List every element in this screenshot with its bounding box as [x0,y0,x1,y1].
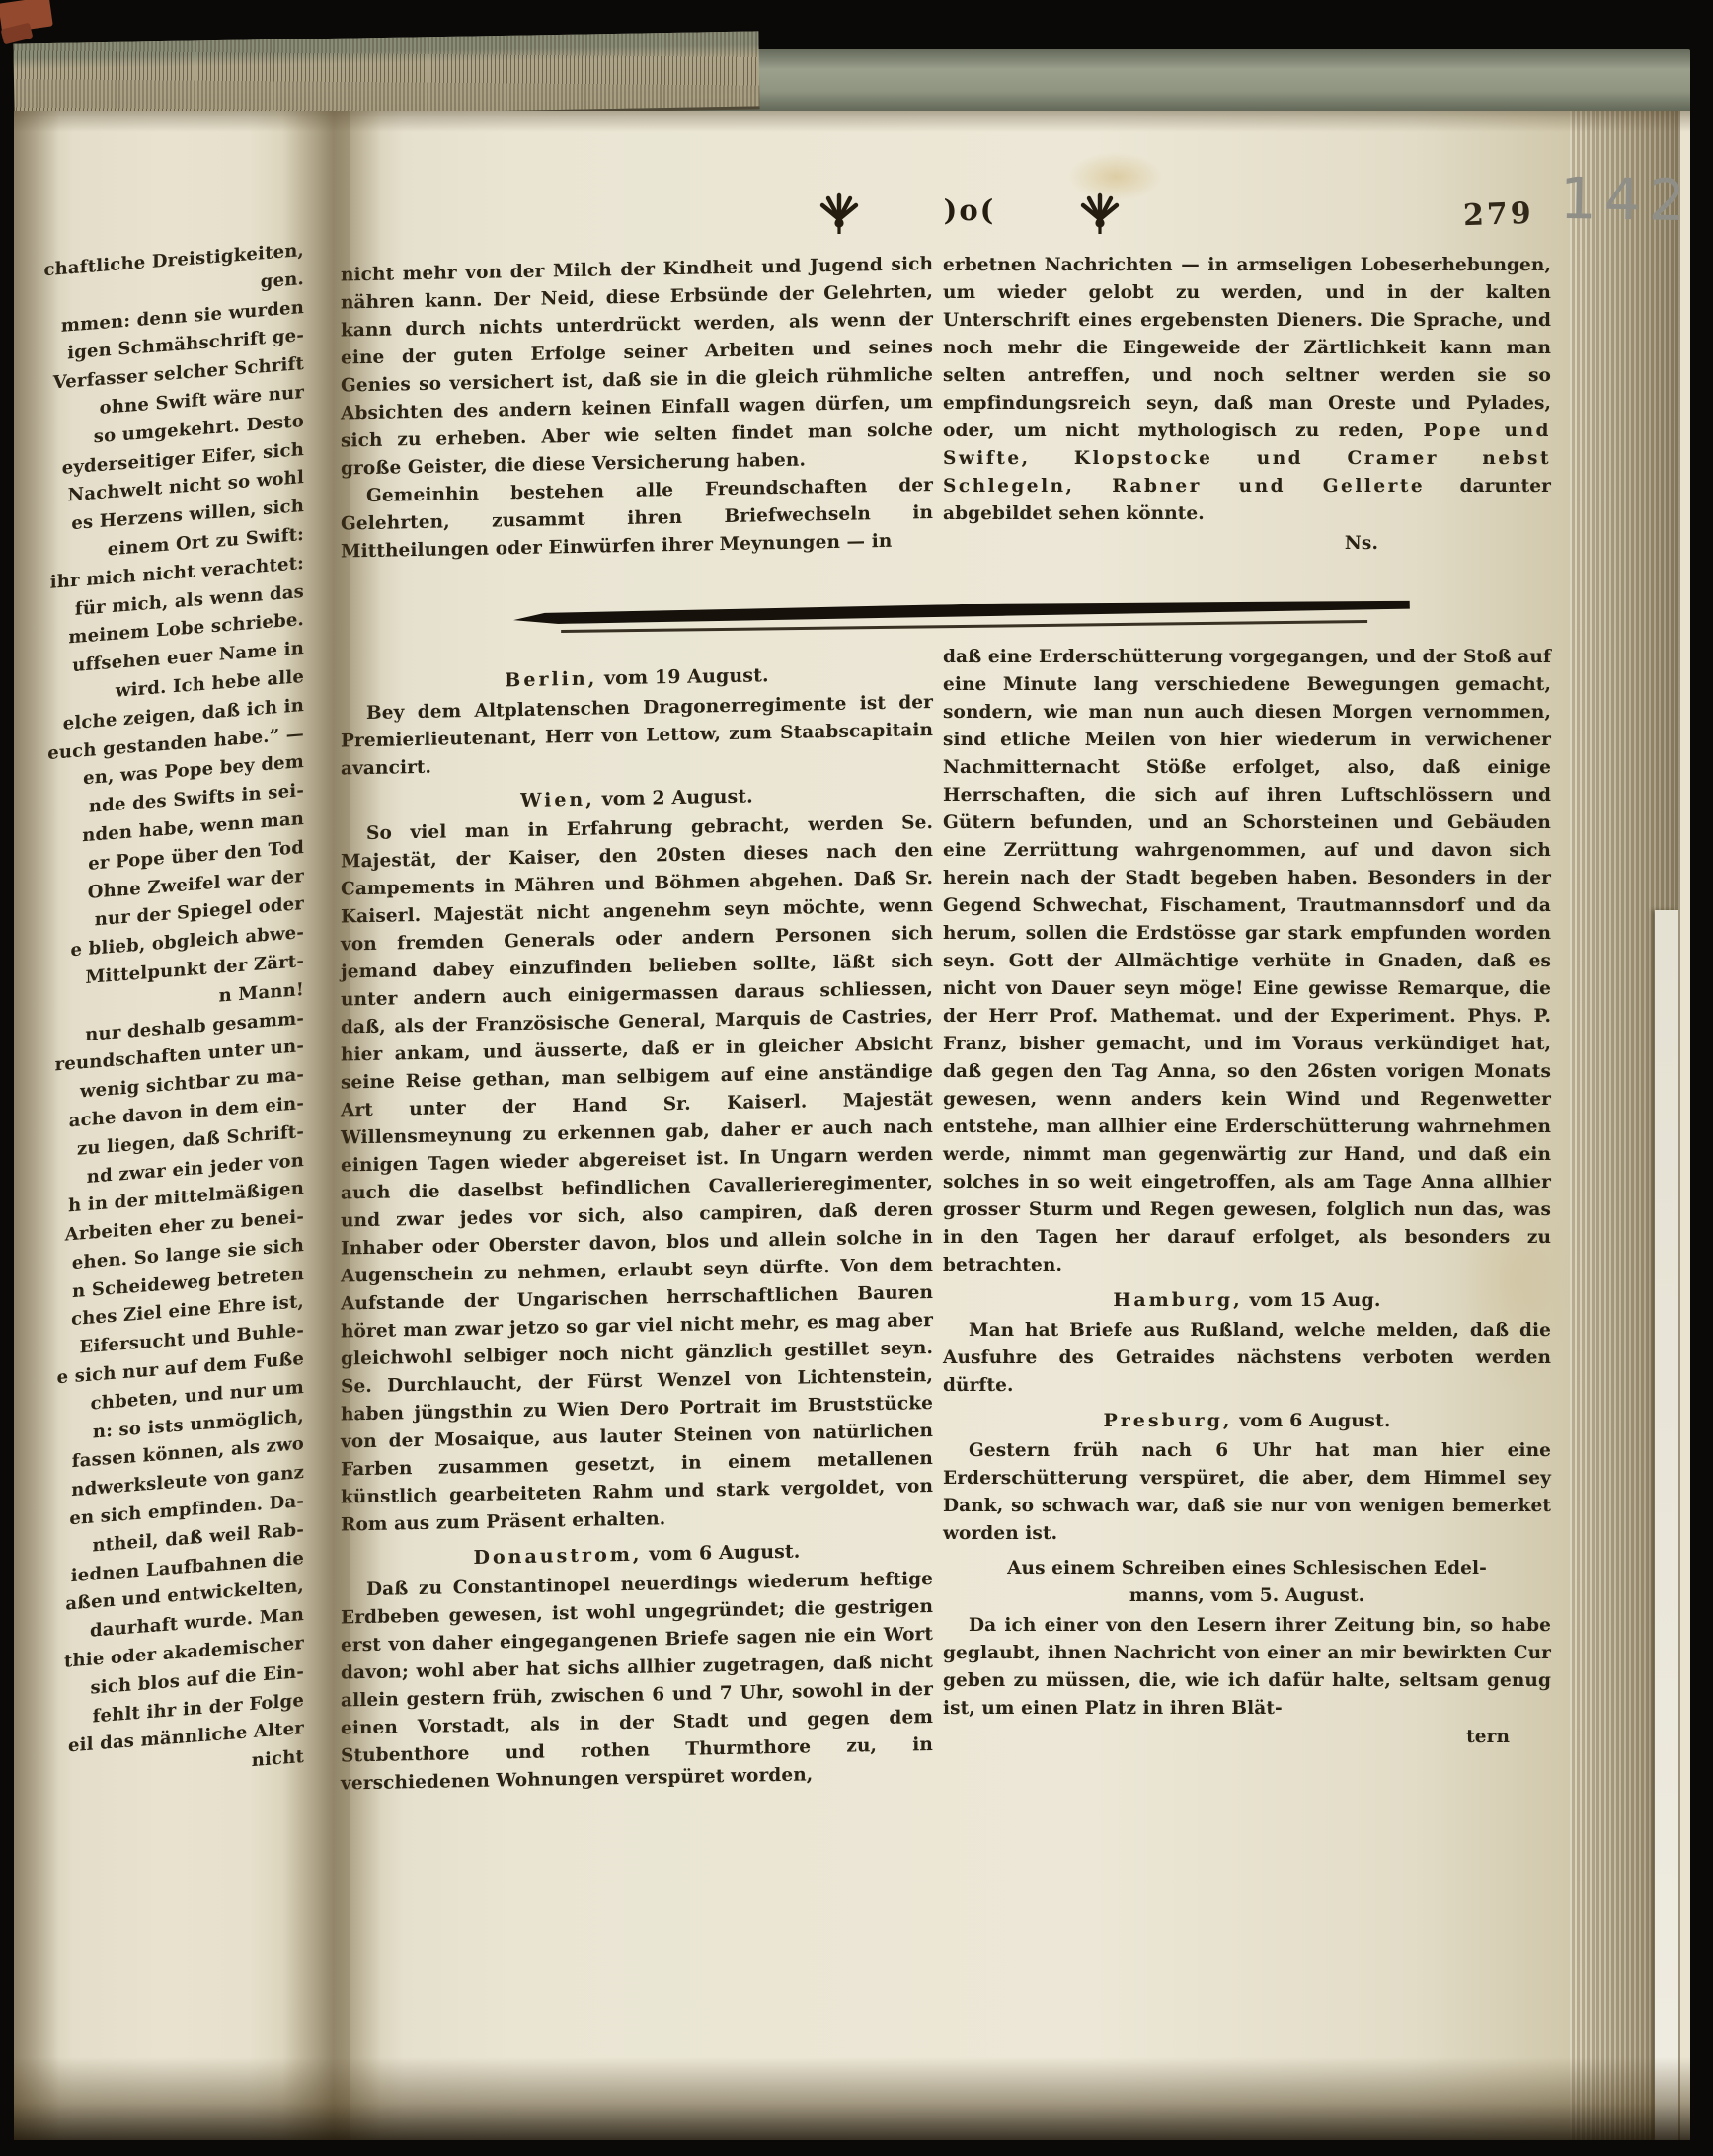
catchword: tern [943,1724,1551,1751]
left-page: chaftliche Dreistigkeiten, gen. mmen: de… [14,111,338,2140]
column-2-upper: erbetnen Nachrichten — in armseligen Lob… [943,252,1551,558]
article-donaustrom: Daß zu Constantinopel neuerdings wiederu… [341,1566,933,1799]
article-wien: So viel man in Erfahrung gebracht, werde… [341,809,933,1540]
article-schreiben: Da ich einer von den Lesern ihrer Zeitun… [943,1612,1551,1723]
column-1-upper: nicht mehr von der Milch der Kindheit un… [341,251,933,567]
dateline-hamburg: Hamburg, vom 15 Aug. [943,1286,1551,1314]
left-page-text-fragment: chaftliche Dreistigkeiten, gen. mmen: de… [14,237,304,1807]
fleuron-ornament-icon [1076,188,1124,239]
column-2-lower: daß eine Erderschütterung vorgegangen, u… [943,644,1551,1751]
page-block-top-edges [13,31,759,121]
open-book-spread: )o( 279 142 chaftliche Dreistigkeiten, g… [14,111,1690,2140]
header-center-mark: )o( [930,193,1009,227]
signature-mark: Ns. [943,530,1551,558]
article-hamburg: Man hat Briefe aus Rußland, welche melde… [943,1317,1551,1400]
printed-page-number: 279 [1462,196,1534,233]
article-berlin: Bey dem Altplatenschen Dragonerregimente… [341,689,933,784]
fleuron-ornament-icon [816,188,863,239]
protruding-page-edge [1655,910,1678,2140]
dateline-presburg: Presburg, vom 6 August. [943,1407,1551,1434]
handwritten-folio-number: 142 [1559,165,1690,234]
heading-schreiben: Aus einem Schreiben eines Schlesischen E… [943,1555,1551,1610]
paragraph-continuation-2: erbetnen Nachrichten — in armseligen Lob… [943,252,1551,528]
paragraph-gemeinhin: Gemeinhin bestehen alle Freundschaften d… [341,472,933,567]
book-scan: )o( 279 142 chaftliche Dreistigkeiten, g… [0,0,1713,2156]
column-1-lower: Berlin, vom 19 August. Bey dem Altplaten… [341,652,933,1799]
article-presburg: Gestern früh nach 6 Uhr hat man hier ein… [943,1437,1551,1548]
paragraph-continuation: nicht mehr von der Milch der Kindheit un… [341,251,933,484]
article-erderschuetterung: daß eine Erderschütterung vorgegangen, u… [943,644,1551,1279]
